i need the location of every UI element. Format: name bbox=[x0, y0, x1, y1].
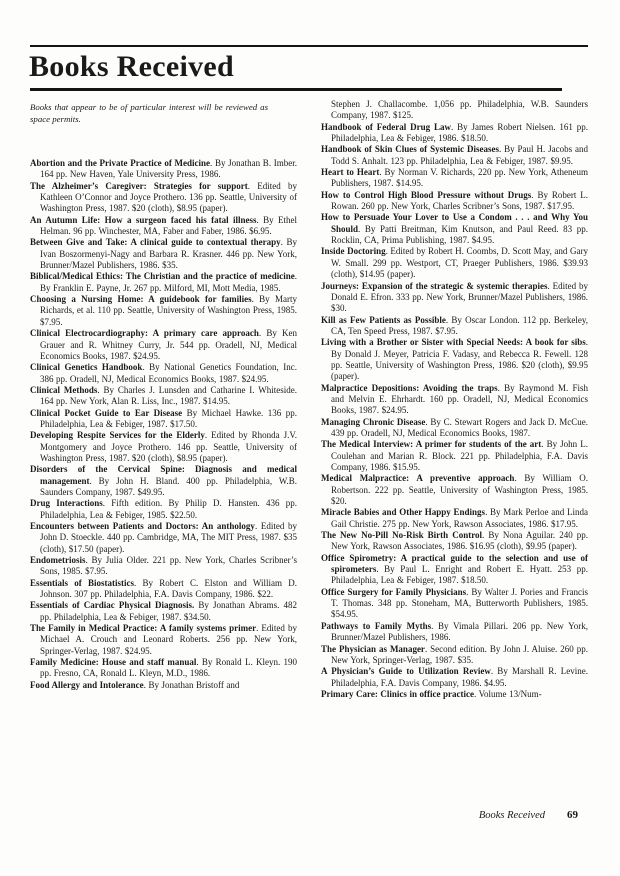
book-title: Abortion and the Private Practice of Med… bbox=[30, 158, 210, 168]
book-entry: How to Persuade Your Lover to Use a Cond… bbox=[321, 212, 588, 246]
book-entry: Drug Interactions. Fifth edition. By Phi… bbox=[30, 498, 297, 521]
book-entry: Between Give and Take: A clinical guide … bbox=[30, 237, 297, 271]
book-title: Miracle Babies and Other Happy Endings bbox=[321, 507, 485, 517]
book-entry: Clinical Methods. By Charles J. Lunsden … bbox=[30, 385, 297, 408]
book-entry: Choosing a Nursing Home: A guidebook for… bbox=[30, 294, 297, 328]
book-title: Inside Doctoring bbox=[321, 246, 386, 256]
right-column: Stephen J. Challacombe. 1,056 pp. Philad… bbox=[321, 99, 588, 700]
book-entry: Clinical Electrocardiography: A primary … bbox=[30, 328, 297, 362]
book-title: Clinical Methods bbox=[30, 385, 97, 395]
header-rule-top bbox=[30, 45, 588, 47]
book-entry: The Family in Medical Practice: A family… bbox=[30, 623, 297, 657]
book-title: Encounters between Patients and Doctors:… bbox=[30, 521, 255, 531]
book-title: Heart to Heart bbox=[321, 167, 379, 177]
book-title: Choosing a Nursing Home: A guidebook for… bbox=[30, 294, 252, 304]
book-title: The New No-Pill No-Risk Birth Control bbox=[321, 530, 482, 540]
left-column: Books that appear to be of particular in… bbox=[30, 99, 297, 700]
running-title: Books Received bbox=[479, 810, 545, 821]
book-entry: How to Control High Blood Pressure witho… bbox=[321, 190, 588, 213]
book-entry: A Physician’s Guide to Utilization Revie… bbox=[321, 666, 588, 689]
book-entry: Primary Care: Clinics in office practice… bbox=[321, 689, 588, 700]
book-details: . By Jonathan Bristoff and bbox=[144, 680, 240, 690]
book-title: Handbook of Federal Drug Law bbox=[321, 122, 451, 132]
book-title: Malpractice Depositions: Avoiding the tr… bbox=[321, 383, 498, 393]
scanned-page: Books Received Books that appear to be o… bbox=[0, 0, 620, 876]
book-entry: Office Surgery for Family Physicians. By… bbox=[321, 587, 588, 621]
book-entry: Abortion and the Private Practice of Med… bbox=[30, 158, 297, 181]
book-title: Family Medicine: House and staff manual bbox=[30, 657, 196, 667]
book-details: . Volume 13/Num- bbox=[474, 689, 542, 699]
book-title: A Physician’s Guide to Utilization Revie… bbox=[321, 666, 491, 676]
book-title: Between Give and Take: A clinical guide … bbox=[30, 237, 281, 247]
book-entry: Heart to Heart. By Norman V. Richards, 2… bbox=[321, 167, 588, 190]
book-entry: Kill as Few Patients as Possible. By Osc… bbox=[321, 315, 588, 338]
book-entry: Essentials of Cardiac Physical Diagnosis… bbox=[30, 600, 297, 623]
book-title: An Autumn Life: How a surgeon faced his … bbox=[30, 215, 256, 225]
book-entry: Living with a Brother or Sister with Spe… bbox=[321, 337, 588, 382]
book-entry: Disorders of the Cervical Spine: Diagnos… bbox=[30, 464, 297, 498]
book-entry: Stephen J. Challacombe. 1,056 pp. Philad… bbox=[321, 99, 588, 122]
book-details: Stephen J. Challacombe. 1,056 pp. Philad… bbox=[331, 99, 588, 120]
book-entry: Food Allergy and Intolerance. By Jonatha… bbox=[30, 680, 297, 691]
book-entry: Essentials of Biostatistics. By Robert C… bbox=[30, 578, 297, 601]
book-entry: Miracle Babies and Other Happy Endings. … bbox=[321, 507, 588, 530]
editorial-notice: Books that appear to be of particular in… bbox=[30, 101, 268, 125]
book-entry: Developing Respite Services for the Elde… bbox=[30, 430, 297, 464]
book-entry: Handbook of Federal Drug Law. By James R… bbox=[321, 122, 588, 145]
book-entry: The Physician as Manager. Second edition… bbox=[321, 644, 588, 667]
book-title: Essentials of Biostatistics bbox=[30, 578, 134, 588]
book-title: Clinical Genetics Handbook bbox=[30, 362, 142, 372]
book-title: Clinical Electrocardiography: A primary … bbox=[30, 328, 259, 338]
book-entry: Inside Doctoring. Edited by Robert H. Co… bbox=[321, 246, 588, 280]
book-title: Managing Chronic Disease bbox=[321, 417, 425, 427]
book-title: Kill as Few Patients as Possible bbox=[321, 315, 446, 325]
book-entry: Handbook of Skin Clues of Systemic Disea… bbox=[321, 144, 588, 167]
book-entry: Family Medicine: House and staff manual.… bbox=[30, 657, 297, 680]
book-entry: Office Spirometry: A practical guide to … bbox=[321, 553, 588, 587]
book-entry: Pathways to Family Myths. By Vimala Pill… bbox=[321, 621, 588, 644]
book-details: . By Patti Breitman, Kim Knutson, and Pa… bbox=[331, 224, 588, 245]
book-entry: The New No-Pill No-Risk Birth Control. B… bbox=[321, 530, 588, 553]
book-title: The Medical Interview: A primer for stud… bbox=[321, 439, 541, 449]
book-title: Pathways to Family Myths bbox=[321, 621, 431, 631]
book-entry: Endometriosis. By Julia Older. 221 pp. N… bbox=[30, 555, 297, 578]
book-title: The Physician as Manager bbox=[321, 644, 425, 654]
book-title: How to Control High Blood Pressure witho… bbox=[321, 190, 531, 200]
book-entry: Clinical Genetics Handbook. By National … bbox=[30, 362, 297, 385]
book-title: Drug Interactions bbox=[30, 498, 103, 508]
book-entry: Medical Malpractice: A preventive approa… bbox=[321, 473, 588, 507]
book-entry: Clinical Pocket Guide to Ear Disease By … bbox=[30, 408, 297, 431]
book-entry: The Medical Interview: A primer for stud… bbox=[321, 439, 588, 473]
book-title: Food Allergy and Intolerance bbox=[30, 680, 144, 690]
page-number: 69 bbox=[567, 809, 578, 821]
book-title: Biblical/Medical Ethics: The Christian a… bbox=[30, 271, 295, 281]
book-title: Essentials of Cardiac Physical Diagnosis… bbox=[30, 600, 194, 610]
book-title: Handbook of Skin Clues of Systemic Disea… bbox=[321, 144, 499, 154]
book-title: Endometriosis bbox=[30, 555, 86, 565]
book-entry: An Autumn Life: How a surgeon faced his … bbox=[30, 215, 297, 238]
book-entry: Malpractice Depositions: Avoiding the tr… bbox=[321, 383, 588, 417]
book-title: Medical Malpractice: A preventive approa… bbox=[321, 473, 514, 483]
page-title: Books Received bbox=[29, 50, 234, 84]
book-title: Developing Respite Services for the Elde… bbox=[30, 430, 205, 440]
book-title: Office Surgery for Family Physicians bbox=[321, 587, 466, 597]
book-entry: Journeys: Expansion of the strategic & s… bbox=[321, 281, 588, 315]
book-title: Journeys: Expansion of the strategic & s… bbox=[321, 281, 548, 291]
book-title: The Alzheimer’s Caregiver: Strategies fo… bbox=[30, 181, 248, 191]
two-column-body: Books that appear to be of particular in… bbox=[30, 99, 588, 700]
book-title: Primary Care: Clinics in office practice bbox=[321, 689, 474, 699]
book-entry: The Alzheimer’s Caregiver: Strategies fo… bbox=[30, 181, 297, 215]
book-title: Clinical Pocket Guide to Ear Disease bbox=[30, 408, 182, 418]
book-entry: Managing Chronic Disease. By C. Stewart … bbox=[321, 417, 588, 440]
book-entry: Biblical/Medical Ethics: The Christian a… bbox=[30, 271, 297, 294]
book-title: The Family in Medical Practice: A family… bbox=[30, 623, 256, 633]
book-title: Living with a Brother or Sister with Spe… bbox=[321, 337, 586, 347]
header-rule-bottom bbox=[30, 88, 562, 91]
page-footer: Books Received 69 bbox=[0, 809, 578, 821]
book-entry: Encounters between Patients and Doctors:… bbox=[30, 521, 297, 555]
